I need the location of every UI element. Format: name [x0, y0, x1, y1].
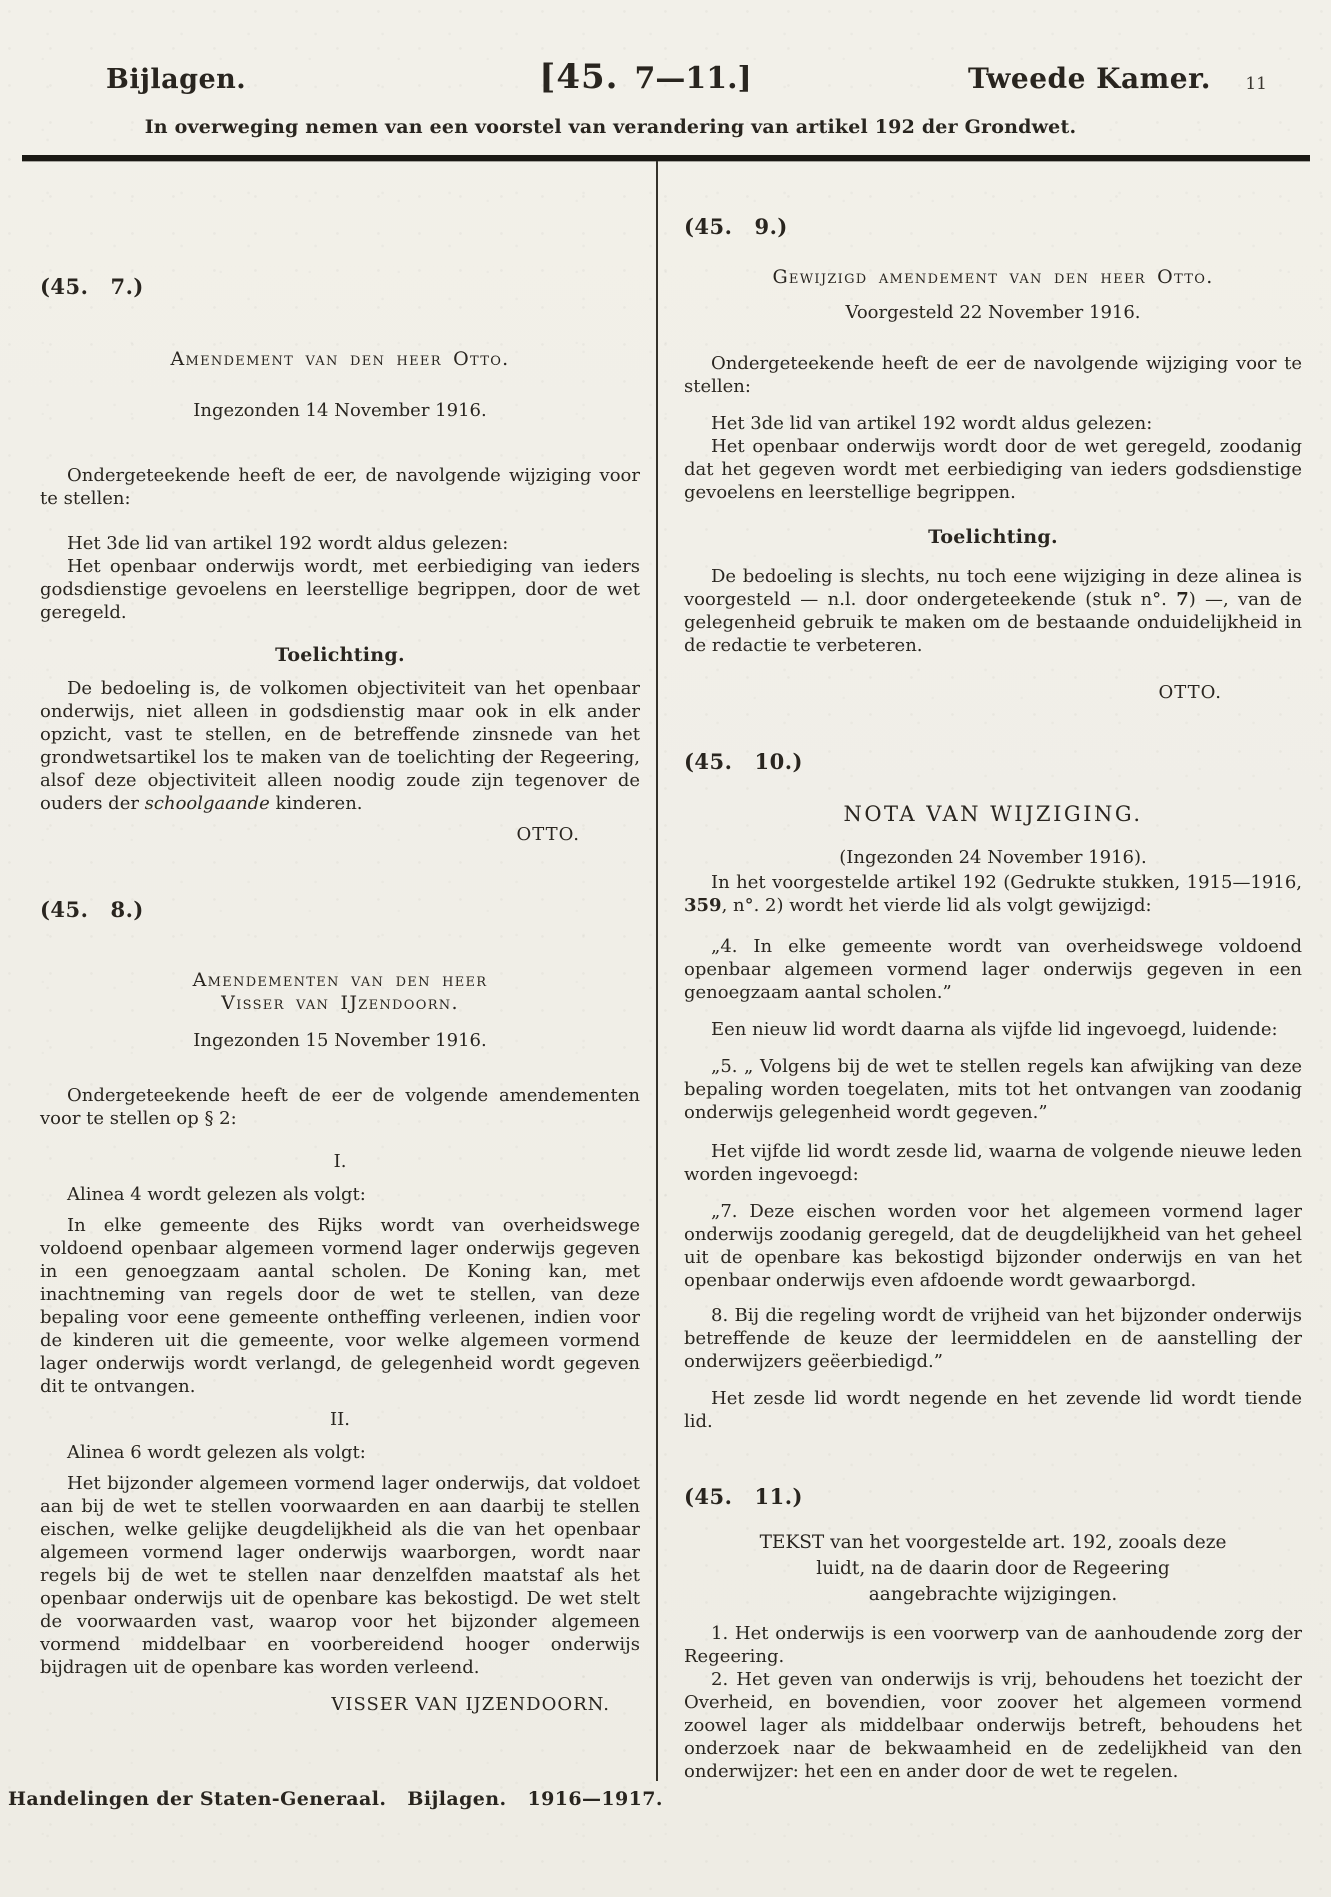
paragraph: Het zesde lid wordt negende en het zeven… — [684, 1387, 1302, 1433]
paragraph: „4. In elke gemeente wordt van overheids… — [684, 935, 1302, 1004]
paragraph: Alinea 4 wordt gelezen als volgt: — [40, 1183, 640, 1206]
paragraph: Het 3de lid van artikel 192 wordt aldus … — [684, 412, 1302, 435]
column-divider — [656, 161, 658, 1781]
submission-date: Ingezonden 15 November 1916. — [40, 1029, 640, 1052]
paragraph: Ondergeteekende heeft de eer, de navolge… — [40, 464, 640, 510]
toelichting-heading: Toelichting. — [40, 644, 640, 667]
roman-numeral-1: I. — [40, 1150, 640, 1173]
emphasized-word: schoolgaande — [145, 793, 270, 814]
bold-reference-number: 7 — [1176, 589, 1189, 610]
toelichting-heading: Toelichting. — [684, 526, 1302, 549]
section-label-45-9: (45.9.) — [684, 215, 1302, 238]
section-label-45-10: (45.10.) — [684, 750, 1302, 773]
signature-otto: OTTO. — [684, 681, 1302, 704]
proposal-date: Voorgesteld 22 November 1916. — [684, 301, 1302, 324]
signature-visser-van-ijzendoorn: VISSER VAN IJZENDOORN. — [40, 1693, 640, 1716]
paragraph: Het openbaar onderwijs wordt, met eerbie… — [40, 555, 640, 624]
tekst-heading-line1: TEKST van het voorgestelde art. 192, zoo… — [684, 1530, 1302, 1556]
roman-numeral-2: II. — [40, 1408, 640, 1431]
paragraph: 2. Het geven van onderwijs is vrij, beho… — [684, 1668, 1302, 1783]
nota-van-wijziging-heading: NOTA VAN WIJZIGING. — [684, 803, 1302, 826]
header-rule — [22, 155, 1310, 161]
submission-date: Ingezonden 14 November 1916. — [40, 399, 640, 422]
section-label-45-8: (45.8.) — [40, 898, 640, 921]
paragraph: „7. Deze eischen worden voor het algemee… — [684, 1200, 1302, 1292]
amendment-heading-visser-line1: Amendementen van den heer — [40, 969, 640, 992]
amendment-heading-visser-line2: Visser van IJzendoorn. — [40, 992, 640, 1015]
paragraph: In het voorgestelde artikel 192 (Gedrukt… — [684, 871, 1302, 917]
amended-amendment-heading-otto: Gewijzigd amendement van den heer Otto. — [684, 266, 1302, 289]
paragraph: Alinea 6 wordt gelezen als volgt: — [40, 1441, 640, 1464]
document-number-bold: [45. — [539, 57, 618, 97]
signature-otto: OTTO. — [40, 823, 640, 846]
left-column: (45.7.) Amendement van den heer Otto. In… — [40, 165, 640, 1716]
paragraph: Een nieuw lid wordt daarna als vijfde li… — [684, 1018, 1302, 1041]
submission-date: (Ingezonden 24 November 1916). — [684, 846, 1302, 869]
tekst-heading-line3: aangebrachte wijzigingen. — [684, 1582, 1302, 1608]
document-page: Bijlagen. [45.7—11.] Tweede Kamer. 11 In… — [0, 0, 1331, 1897]
paragraph: Het 3de lid van artikel 192 wordt aldus … — [40, 532, 640, 555]
toelichting-paragraph: De bedoeling is slechts, nu toch eene wi… — [684, 565, 1302, 657]
amendment-heading-otto: Amendement van den heer Otto. — [40, 348, 640, 371]
bold-document-number: 359 — [684, 895, 722, 916]
section-label-45-11: (45.11.) — [684, 1485, 1302, 1508]
document-number-range: 7—11.] — [634, 61, 751, 96]
paragraph: Het vijfde lid wordt zesde lid, waarna d… — [684, 1140, 1302, 1186]
paragraph: 8. Bij die regeling wordt de vrijheid va… — [684, 1304, 1302, 1373]
paragraph: Ondergeteekende heeft de eer de navolgen… — [684, 352, 1302, 398]
paragraph: 1. Het onderwijs is een voorwerp van de … — [684, 1622, 1302, 1668]
header-chamber-title: Tweede Kamer. — [968, 62, 1211, 95]
page-number: 11 — [1245, 74, 1267, 94]
tekst-heading-line2: luidt, na de daarin door de Regeering — [684, 1556, 1302, 1582]
right-column: (45.9.) Gewijzigd amendement van den hee… — [684, 165, 1302, 1783]
paragraph: „5. „ Volgens bij de wet te stellen rege… — [684, 1055, 1302, 1124]
document-subtitle: In overweging nemen van een voorstel van… — [0, 116, 1276, 138]
paragraph: Het openbaar onderwijs wordt door de wet… — [684, 435, 1302, 504]
paragraph: Ondergeteekende heeft de eer de volgende… — [40, 1084, 640, 1130]
paragraph: In elke gemeente des Rijks wordt van ove… — [40, 1214, 640, 1398]
toelichting-paragraph: De bedoeling is, de volkomen objectivite… — [40, 677, 640, 815]
paragraph: Het bijzonder algemeen vormend lager ond… — [40, 1472, 640, 1679]
section-label-45-7: (45.7.) — [40, 275, 640, 298]
footer-line: Handelingen der Staten-Generaal. Bijlage… — [8, 1788, 663, 1810]
